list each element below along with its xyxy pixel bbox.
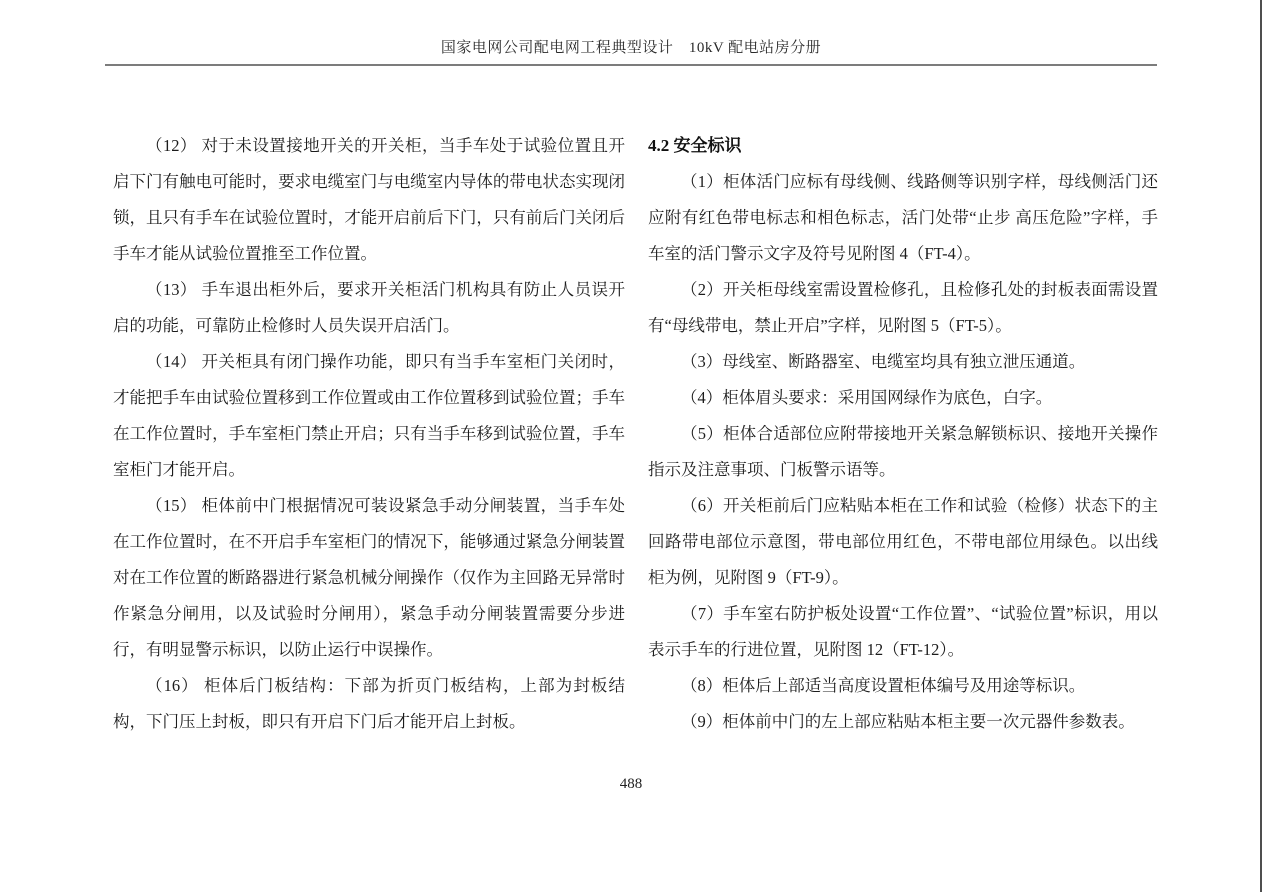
- paragraph-5: （5）柜体合适部位应附带接地开关紧急解锁标识、接地开关操作指示及注意事项、门板警…: [648, 416, 1158, 488]
- document-page: 国家电网公司配电网工程典型设计 10kV 配电站房分册 （12） 对于未设置接地…: [0, 0, 1262, 892]
- left-text-column: （12） 对于未设置接地开关的开关柜，当手车处于试验位置且开启下门有触电可能时，…: [113, 128, 625, 740]
- paragraph-3: （3）母线室、断路器室、电缆室均具有独立泄压通道。: [648, 344, 1158, 380]
- paragraph-9: （9）柜体前中门的左上部应粘贴本柜主要一次元器件参数表。: [648, 704, 1158, 740]
- page-number: 488: [0, 776, 1262, 793]
- paragraph-14: （14） 开关柜具有闭门操作功能，即只有当手车室柜门关闭时，才能把手车由试验位置…: [113, 344, 625, 488]
- paragraph-12: （12） 对于未设置接地开关的开关柜，当手车处于试验位置且开启下门有触电可能时，…: [113, 128, 625, 272]
- header-rule: [105, 64, 1157, 66]
- paragraph-4: （4）柜体眉头要求：采用国网绿作为底色，白字。: [648, 380, 1158, 416]
- section-heading-safety-marking: 4.2 安全标识: [648, 128, 1158, 164]
- paragraph-1: （1）柜体活门应标有母线侧、线路侧等识别字样，母线侧活门还应附有红色带电标志和相…: [648, 164, 1158, 272]
- right-text-column: 4.2 安全标识 （1）柜体活门应标有母线侧、线路侧等识别字样，母线侧活门还应附…: [648, 128, 1158, 740]
- paragraph-2: （2）开关柜母线室需设置检修孔，且检修孔处的封板表面需设置有“母线带电，禁止开启…: [648, 272, 1158, 344]
- paragraph-7: （7）手车室右防护板处设置“工作位置”、“试验位置”标识，用以表示手车的行进位置…: [648, 596, 1158, 668]
- paragraph-13: （13） 手车退出柜外后，要求开关柜活门机构具有防止人员误开启的功能，可靠防止检…: [113, 272, 625, 344]
- paragraph-8: （8）柜体后上部适当高度设置柜体编号及用途等标识。: [648, 668, 1158, 704]
- paragraph-15: （15） 柜体前中门根据情况可装设紧急手动分闸装置，当手车处在工作位置时，在不开…: [113, 488, 625, 668]
- paragraph-16: （16） 柜体后门板结构：下部为折页门板结构，上部为封板结构，下门压上封板，即只…: [113, 668, 625, 740]
- paragraph-6: （6）开关柜前后门应粘贴本柜在工作和试验（检修）状态下的主回路带电部位示意图，带…: [648, 488, 1158, 596]
- running-header-title: 国家电网公司配电网工程典型设计 10kV 配电站房分册: [0, 36, 1262, 57]
